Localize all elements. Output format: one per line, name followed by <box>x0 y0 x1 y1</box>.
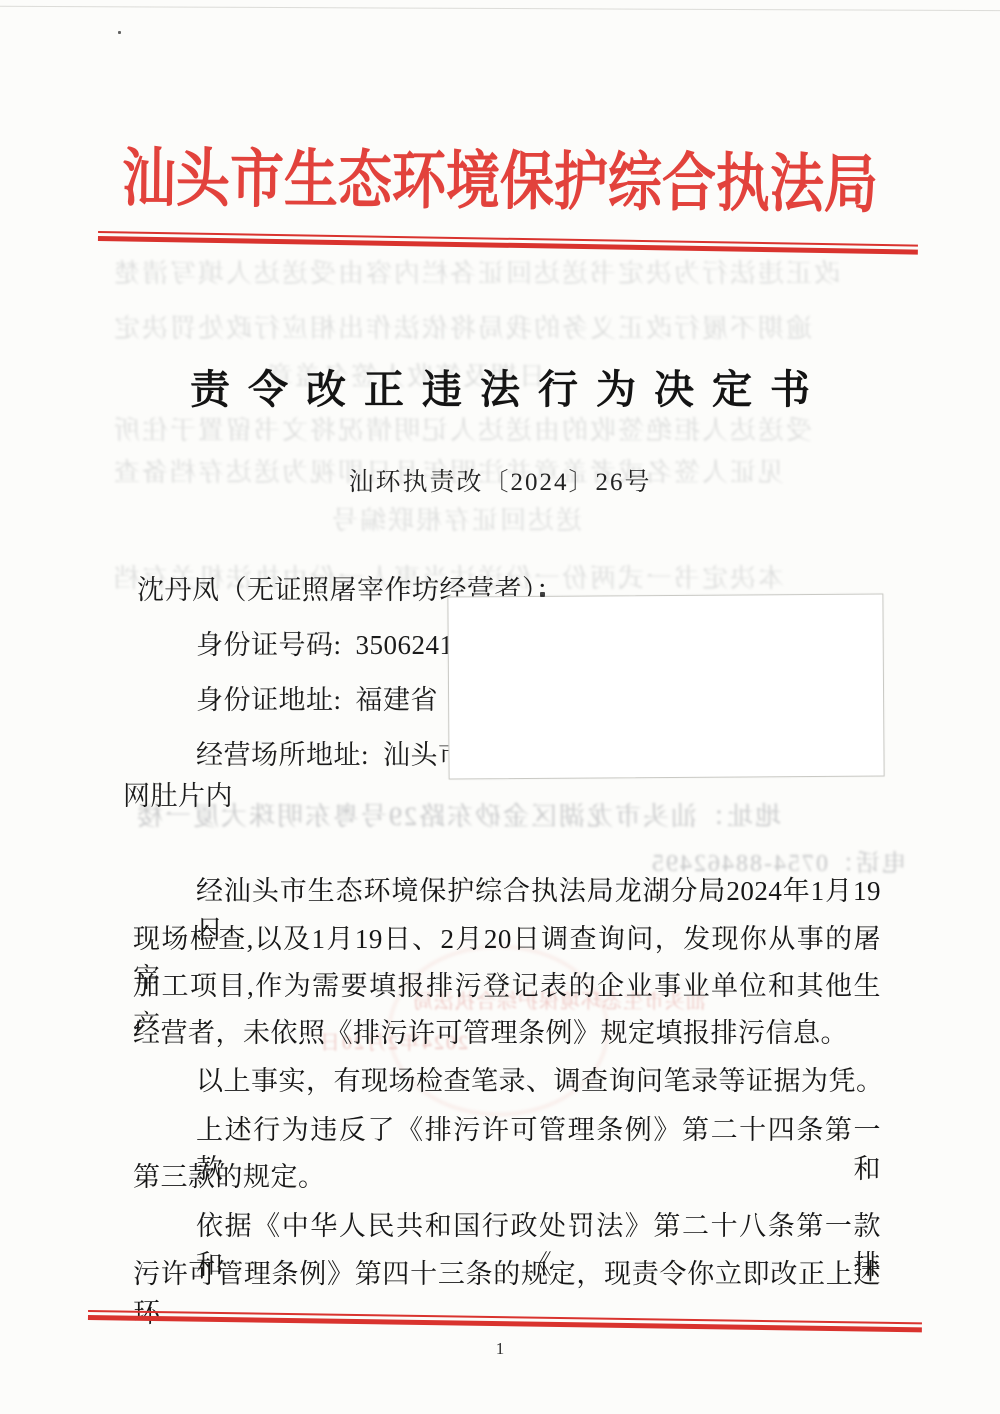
body-line: 经营者，未依照《排污许可管理条例》规定填报排污信息。 <box>133 1011 848 1050</box>
letterhead-agency-title: 汕头市生态环境保护综合执法局 <box>0 127 1000 227</box>
id-address-label: 身份证地址: <box>196 685 342 715</box>
page-number: 1 <box>0 1339 1000 1359</box>
business-address-row: 经营场所地址:汕头市 <box>196 733 466 772</box>
body-line: 第三款的规定。 <box>133 1155 326 1194</box>
bleed-through-text: 改正违法行为决定书送达回证各栏内容由受送达人填写清楚 <box>112 253 840 290</box>
redaction-slip <box>447 593 884 779</box>
bleed-through-text: 受送达人拒绝签收的由送达人记明情况将文书留置于住所 <box>112 410 812 447</box>
bleed-through-text: 逾期不履行改正义务的我局将依法作出相应行政处罚决定 <box>112 308 812 345</box>
scan-speck <box>118 31 121 34</box>
id-number-row: 身份证号码:3506241 <box>196 623 454 662</box>
scan-edge-line <box>0 6 1000 11</box>
id-address-row: 身份证地址:福建省 <box>196 678 438 717</box>
letterhead-red-rule <box>98 231 918 255</box>
body-line: 以上事实，有现场检查笔录、调查询问笔录等证据为凭。 <box>196 1059 884 1098</box>
id-number-value: 3506241 <box>356 630 454 660</box>
business-address-label: 经营场所地址: <box>196 740 369 770</box>
document-title: 责令改正违法行为决定书 <box>0 358 1000 415</box>
scan-speck <box>540 592 545 597</box>
id-number-label: 身份证号码: <box>196 630 342 660</box>
id-address-value: 福建省 <box>356 685 439 715</box>
document-number: 汕环执责改〔2024〕26号 <box>0 462 1000 498</box>
address-continuation: 网肚片内 <box>123 774 233 813</box>
bleed-through-text: 送达回证存根联编号 <box>330 500 582 537</box>
scanned-document-page: 改正违法行为决定书送达回证各栏内容由受送达人填写清楚 逾期不履行改正义务的我局将… <box>0 0 1000 1414</box>
